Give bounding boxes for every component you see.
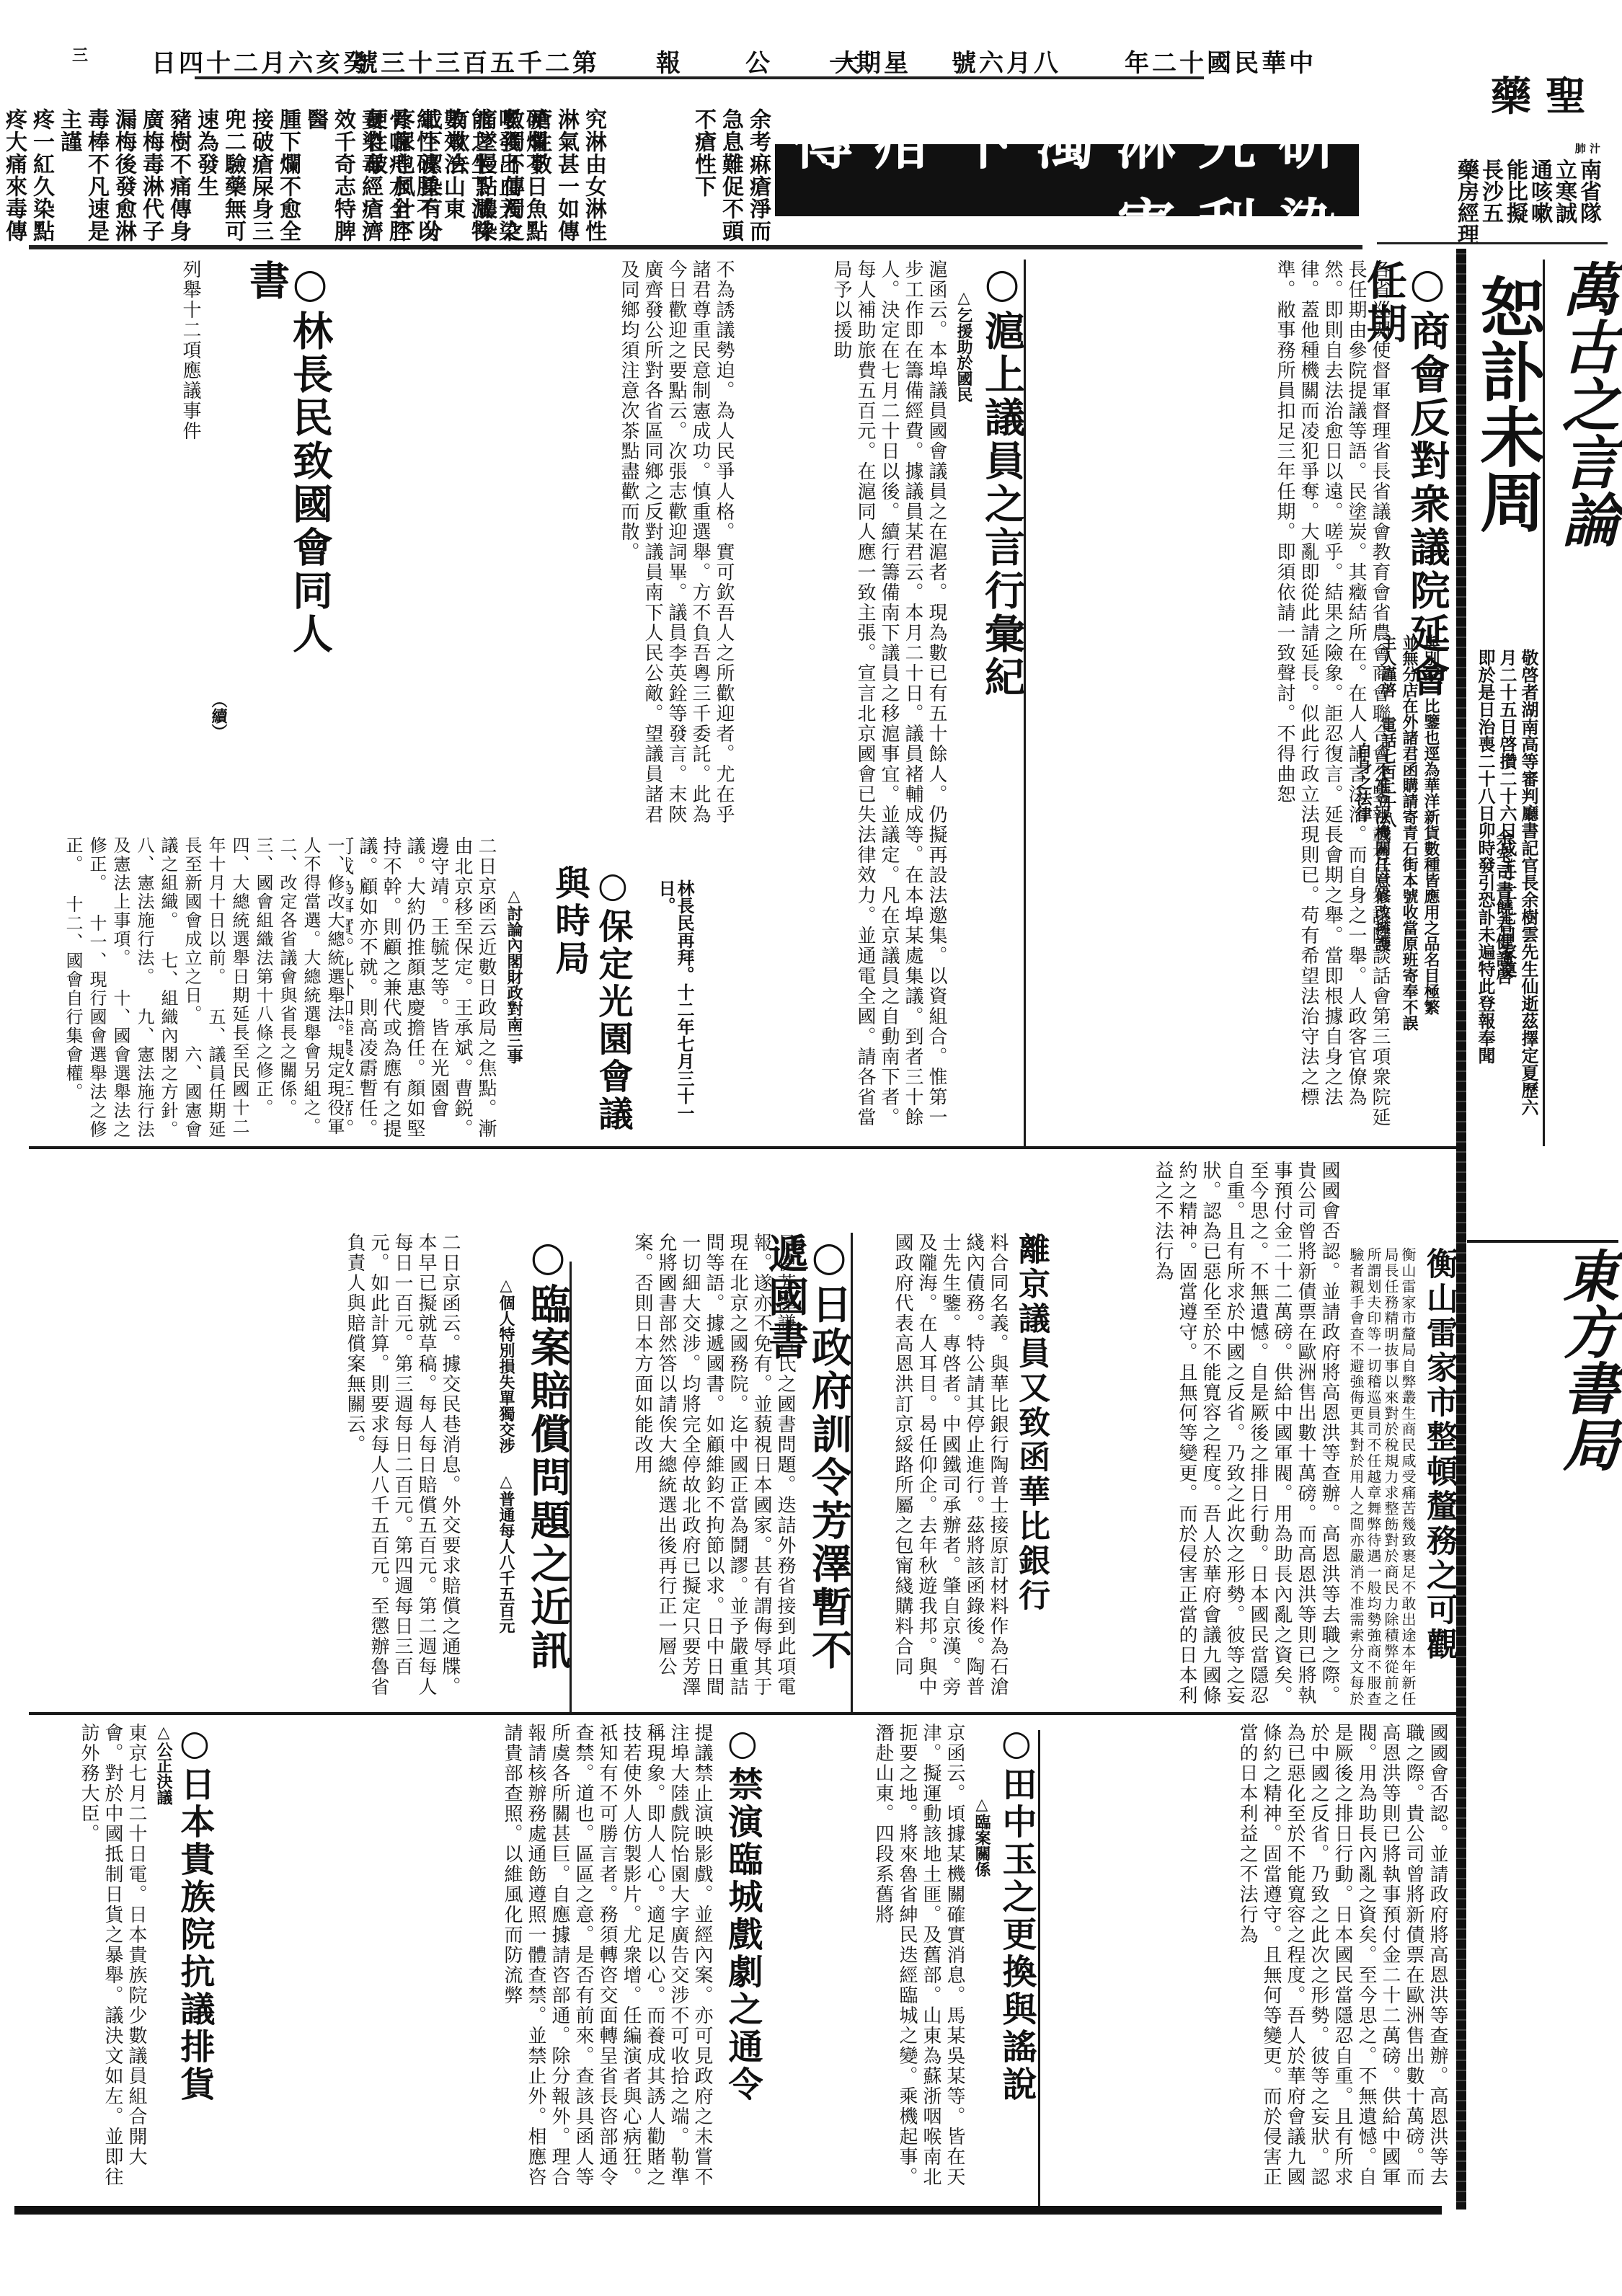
article-film-ban: ○禁演臨城戲劇之通令 提議禁止演映影戲。並經內案。亦可見政府之未嘗不注埠大陸戲院… [216, 1723, 764, 2199]
article-subhead: △公正決議 [154, 1723, 173, 1867]
article-body: 料合同名義。與華比銀行陶普士接原訂材料作為石滄綫內債務。特公請其停止進行。茲將該… [865, 1233, 1009, 1708]
list-item: 一、修改大總統選舉法。規定現役軍人不得當選。大總統選舉會另組之。 [301, 836, 345, 1136]
paper-name: 大公報 [656, 43, 924, 79]
ad-banner: 研究淋濁下疳傳染利害 [775, 144, 1359, 216]
col-divider-2 [851, 1233, 853, 1712]
article-headline: ○保定光園會議與時局 [548, 865, 634, 1139]
article-tanaka: ○田中玉之更換與謠說 △臨案關係 京函云。頃據某機關確實消息。馬某吳某等。皆在天… [764, 1723, 1038, 2199]
lunar-date: 癸亥六月二十四日 [151, 43, 371, 79]
issue-number: 第二千五百三十三號 [353, 43, 600, 79]
article-body: 東京七月二十日電。日本貴族院少數議員組合開大會。對於中國抵制日貨之暴舉。議決文如… [29, 1723, 148, 2199]
article-headline: ○林長民致國會同人書 [245, 260, 332, 663]
article-japan-demand: 國國會否認。並請政府將高恩洪等查辦。高恩洪等去職之際。貴公司曾將新債票在歐洲售出… [1052, 1161, 1341, 1708]
list-item: 七、組織內閣之方針。 [158, 952, 178, 1139]
article-japan-peers: ○日本貴族院抗議排貨 △公正決議 東京七月二十日電。日本貴族院少數議員組合開大會… [29, 1723, 216, 2199]
newspaper-page: 中華民國十二年 八月六號 星期一 大公報 第二千五百三十三號 癸亥六月二十四日 … [0, 0, 1622, 2296]
article-subhead: △乞援助於國民 [954, 288, 973, 505]
masthead: 中華民國十二年 八月六號 星期一 大公報 第二千五百三十三號 癸亥六月二十四日 … [108, 43, 1550, 76]
article-body: 二日京函云近數日政局之焦點。漸由北京移至保定。王承斌。曹鋭。邊守靖。王毓芝等。皆… [346, 836, 497, 1139]
items-list: 一、修改大總統選舉法。規定現役軍人不得當選。大總統選舉會另組之。 二、改定各省議… [29, 836, 346, 1143]
article-japan-demand-continued: 國國會否認。並請政府將高恩洪等查辦。高恩洪等去職之際。貴公司曾將新債票在歐洲售出… [1045, 1723, 1449, 2199]
list-item: 三、國會組織法第十八條之修正。 [253, 836, 273, 1117]
brand-body: 南省隊 立寒誠 通咳嗽 能比擬 長沙五 藥房經理 [1453, 159, 1600, 270]
article-headline: ○禁演臨城戲劇之通令 [721, 1723, 764, 2199]
list-item: 十二、國會自行集會權。 [63, 895, 83, 1102]
article-body: 國國會否認。並請政府將高恩洪等查辦。高恩洪等去職之際。貴公司曾將新債票在歐洲售出… [1045, 1723, 1449, 2199]
article-compensation: ○臨案賠償問題之近訊 △個人特別損失單獨交涉 △普通每人八千五百元 二日京函云。… [29, 1233, 570, 1708]
republic-year: 中華民國十二年 [1125, 43, 1316, 79]
article-headline: ○田中玉之更換與謠說 [995, 1723, 1038, 2199]
ad-column-text-center: 余考痳瘡淨而急息難促不頭不瘡性下 𤸫是婦來慢性為濁痛湖冶下軟瘡 究淋由女淋性淋氣… [570, 108, 771, 245]
article-headline: 衡山雷家市整頓釐務之可觀 [1422, 1247, 1456, 1708]
article-subhead: （續） [209, 692, 228, 764]
article-body: 不為誘議勢迫。為人民爭人格。實可欽吾人之所歡迎者。尤在乎諸君尊重民意制憲成功。慎… [303, 260, 735, 836]
article-headline: ○臨案賠償問題之近訊 [526, 1233, 570, 1708]
calligraphy-advertisement: 東方書局 [1550, 1247, 1622, 2184]
brand-subtitle: 肺 汁 [1575, 141, 1600, 156]
bottom-rule [14, 2206, 1442, 2215]
editorial-section-title: 萬古之言論 [1550, 260, 1622, 1269]
article-headline: ○滬上議員之言行彙紀 [980, 260, 1024, 706]
article-lin-changmin-letter: 不為誘議勢迫。為人民爭人格。實可欽吾人之所歡迎者。尤在乎諸君尊重民意制憲成功。慎… [29, 260, 735, 836]
article-body: 提議禁止演映影戲。並經內案。亦可見政府之未嘗不注埠大陸戲院怡園大字廣告交涉不可收… [216, 1723, 714, 2199]
col-divider-4 [1038, 1730, 1040, 2206]
list-item: 八、憲法施行法。 [134, 836, 154, 986]
article-japan-yoshizawa: ○日政府訓令芳澤暫不遞國書 日使芳澤謙吉氏之國書問題。迭詰外務省接到此項電報。遂… [577, 1233, 851, 1708]
col-divider-3 [570, 1262, 572, 1712]
article-headline: ○日本貴族院抗議排貨 [173, 1723, 216, 2199]
page-number: 三 [72, 43, 91, 66]
letter-signature: 林長民再拜。十二年七月三十一日。 [656, 879, 693, 1139]
fold-rule-upper [29, 1146, 1456, 1149]
article-loan-bank: 離京議員又致函華比銀行 料合同名義。與華比銀行陶普士接原訂材料作為石滄綫內債務。… [865, 1233, 1052, 1708]
article-subhead: △個人特別損失單獨交涉 △普通每人八千五百元 [497, 1276, 515, 1680]
article-body: 京函云。頃據某機關確實消息。馬某吳某等。皆在天津。擬運動該地土匪。及舊部。山東為… [764, 1723, 966, 2199]
article-headline: 離京議員又致函華比銀行 [1009, 1233, 1052, 1708]
date: 八月六號 [952, 43, 1061, 79]
article-subhead: △臨案關係 [972, 1795, 991, 2011]
twelve-items-intro: 列舉十二項應議事件 [29, 260, 202, 836]
brand-rule [1377, 242, 1608, 244]
article-twelve-items: 一、修改大總統選舉法。規定現役軍人不得當選。大總統選舉會另組之。 二、改定各省議… [29, 836, 346, 1143]
ad-strip-rule [29, 245, 1362, 249]
brand-title: 聖藥 [1491, 65, 1600, 123]
editorial-notice-title: 恕訃未周 [1463, 274, 1543, 606]
article-body: 二日京函云。據交民巷消息。外交要求賠償之通牒。本早已擬就草稿。每人每日賠償五百元… [29, 1233, 461, 1708]
fold-rule-lower [29, 1712, 1456, 1715]
article-body: 日使芳澤謙吉氏之國書問題。迭詰外務省接到此項電報。遂亦不免有。並藐視日本國家。甚… [577, 1233, 797, 1708]
article-baoding-guangyuan: 林長民再拜。十二年七月三十一日。 ○保定光園會議與時局 △討論內閣財政對南三事 … [346, 836, 1456, 1143]
article-hengshan-tax: 衡山雷家市整頓釐務之可觀 衡山雷家市釐局自弊叢生商民咸受痛苦幾致裹足不敢出途本年… [1348, 1247, 1456, 1708]
list-item: 二、改定各省議會與省長之關係。 [277, 836, 297, 1117]
article-body: 國國會否認。並請政府將高恩洪等查辦。高恩洪等去職之際。貴公司曾將新債票在歐洲售出… [1052, 1161, 1341, 1708]
funeral-notice-signature: 余宅司書饒君健謹啓 [1485, 829, 1514, 1117]
article-subhead: △討論內閣財政對南三事 [505, 887, 523, 1125]
article-body: 衡山雷家市釐局自弊叢生商民咸受痛苦幾致裹足不敢出途本年新任局長任務精明抜事以來對… [1348, 1247, 1417, 1708]
brand-advertisement: 聖藥 肺 汁 南省隊 立寒誠 通咳嗽 能比擬 長沙五 藥房經理 [1362, 65, 1608, 238]
